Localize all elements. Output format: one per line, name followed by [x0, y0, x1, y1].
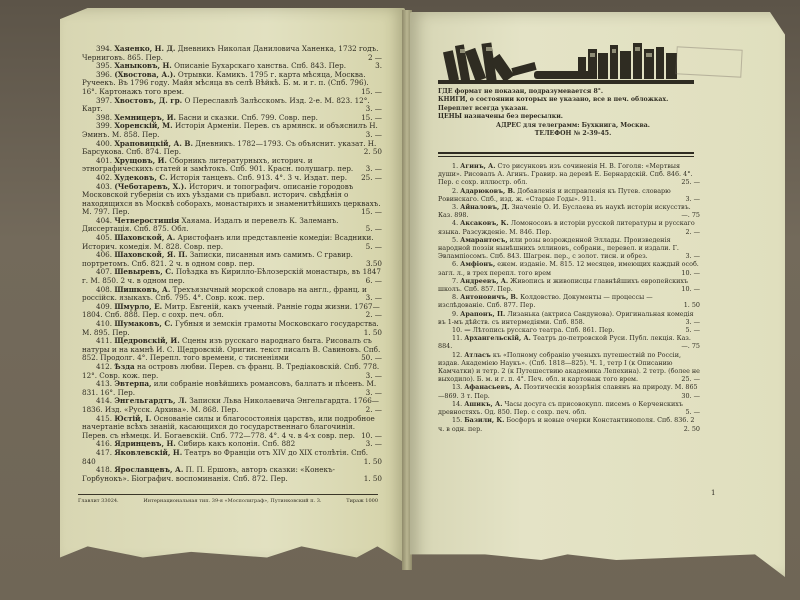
entry-number: 14. — [438, 400, 462, 408]
catalog-entry: 3. Айналовъ, Д. Значенiе О. И. Буслаева … — [438, 203, 700, 219]
entry-number: 3. — [438, 203, 458, 211]
right-page: ГДЕ формат не показан, подразумевается 8… — [410, 12, 785, 577]
entry-number: 12. — [438, 351, 462, 359]
entry-price: 25. — — [681, 178, 700, 186]
catalog-entry: 7. Андреевъ, А. Живопись и живописцы гла… — [438, 277, 700, 293]
entry-price: 3. — — [685, 252, 700, 260]
catalog-entry: 405. Шаховской, А. Аристофанъ или предст… — [82, 234, 382, 251]
entry-author: Айналовъ, Д. — [460, 203, 509, 211]
catalog-entry: 9. Арапонъ, П. Лизанька (актриса Сандуно… — [438, 310, 700, 326]
catalog-entry: 10. — Лѣтопись русскаго театра. Спб. 861… — [438, 326, 700, 334]
library-stamp — [675, 46, 742, 77]
entry-title: Лѣтопись русскаго театра. Спб. 861. Пер. — [473, 326, 615, 334]
catalog-entry: 406. Шаховской, Я. П. Записки, писанныя … — [82, 251, 382, 268]
double-rule — [438, 152, 694, 157]
catalog-entry: 4. Аксаковъ, К. Ломоносовъ в исторiи рус… — [438, 219, 700, 235]
left-page: 394. Хаяенко, Н. Д. Дневникъ Николая Дан… — [60, 8, 405, 563]
entry-price: —. 75 — [681, 211, 700, 219]
catalog-entry: 15. Базили, К. Босфоръ и новые очерки Ко… — [438, 416, 700, 432]
entry-price: 5. — — [685, 408, 700, 416]
entry-price: 25. — — [361, 174, 382, 183]
note-prices: ЦЕНЫ назначены без пересылки. — [438, 113, 708, 121]
entry-author: Арапонъ, П. — [460, 310, 505, 318]
note-binding: Переплет всегда указан. — [438, 105, 708, 113]
entry-number: 6. — [438, 260, 458, 268]
catalog-entry: 411. Щедровскiй, И. Сцены изъ русскаго н… — [82, 337, 382, 363]
entry-price: 15. — — [361, 208, 382, 217]
entry-author: Андреевъ, А. — [460, 277, 508, 285]
right-entries: 1. Агинъ, А. Сто рисунковъ изъ сочиненiя… — [438, 162, 700, 433]
entry-author: Архангельскiй, А. — [464, 334, 531, 342]
catalog-entry: 397. Хвостовъ, Д. гр. О Переславлѣ Залѣс… — [82, 97, 382, 114]
catalog-entry: 409. Шмурло, Е. Митр. Евгенiй, какъ учен… — [82, 303, 382, 320]
telegram-address: АДРЕС для телеграмм: Бухкнига, Москва. — [438, 122, 708, 130]
catalog-entry: 408. Шишковъ, А. Трехъязычный морской сл… — [82, 286, 382, 303]
entry-author: — — [464, 326, 470, 334]
entry-price: 2. — — [685, 228, 700, 236]
entry-price: 3. — — [685, 318, 700, 326]
catalog-entry: 410. Шумаковъ, С. Губныя и земскiя грамо… — [82, 320, 382, 337]
catalog-entry: 396. (Хвостова, А.). Отрывки. Камикъ. 17… — [82, 71, 382, 97]
catalog-entry: 14. Ашикъ, А. Часы досуга съ присовокупл… — [438, 400, 700, 416]
entry-price: 30. — — [681, 392, 700, 400]
entry-price: 3. — [375, 62, 382, 71]
entry-author: Антоновичъ, В. — [460, 293, 518, 301]
entry-author: Амфiонъ, — [460, 260, 495, 268]
catalog-entry: 11. Архангельскiй, А. Театръ до-петровск… — [438, 334, 700, 350]
entry-price: 1. 50 — [364, 458, 382, 467]
entry-author: Ашикъ, А. — [464, 400, 502, 408]
catalog-entry: 6. Амфiонъ, ежем. изданiе. М. 815. 12 ме… — [438, 260, 700, 276]
entry-author: Аксаковъ, К. — [460, 219, 509, 227]
entry-author: Амарантосъ, — [460, 236, 507, 244]
header-rule — [438, 82, 694, 84]
entry-number: 11. — [438, 334, 462, 342]
entry-price: 2. 50 — [684, 425, 700, 433]
entry-author: Афанасьевъ, А. — [464, 383, 521, 391]
catalog-entry: 399. Хоренскiй, М. Исторiя Арменiи. Пере… — [82, 122, 382, 139]
catalog-entry: 5. Амарантосъ, или розы возрожденной Элл… — [438, 236, 700, 261]
entry-price: 6. — — [366, 277, 382, 286]
entry-number: 7. — [438, 277, 458, 285]
imprint-right: Тираж 1000 — [346, 498, 378, 504]
entry-number: 13. — [438, 383, 462, 391]
catalog-entry: 394. Хаяенко, Н. Д. Дневникъ Николая Дан… — [82, 45, 382, 62]
bookshelf-illustration-icon — [438, 39, 694, 83]
entry-number: 8. — [438, 293, 458, 301]
entry-number: 402. — [82, 173, 112, 182]
imprint-center: Интернациональная тип. 39-я «Мосполиграф… — [143, 498, 321, 504]
entry-author: Агинъ, А. — [460, 162, 495, 170]
catalog-entry: 12. Атласъ къ «Полному собранiю ученыхъ … — [438, 351, 700, 384]
entry-price: 3. — — [366, 440, 382, 449]
catalog-entry: 403. (Чеботаревъ, Х.). Историч. и топогр… — [82, 183, 382, 217]
imprint-left: Главлит 33024. — [78, 498, 119, 504]
entry-price: 3. — — [685, 195, 700, 203]
entry-price: 5. — — [685, 326, 700, 334]
entry-price: —. 75 — [681, 342, 700, 350]
note-format: ГДЕ формат не показан, подразумевается 8… — [438, 88, 708, 96]
entry-author: Яковлевскiй, Н. — [114, 448, 182, 457]
entry-number: 10. — [438, 326, 462, 334]
entry-price: 25. — — [681, 375, 700, 383]
catalog-entry: 404. Четверостишiя Хаяама. Издалъ и пере… — [82, 217, 382, 234]
page-number: 1 — [711, 489, 715, 497]
entry-price: 1. 50 — [364, 475, 382, 484]
catalog-entry: 2. Адарюковъ, В. Добавленiя и исправленi… — [438, 187, 700, 203]
catalog-entry: 1. Агинъ, А. Сто рисунковъ изъ сочиненiя… — [438, 162, 700, 187]
catalog-entry: 414. Энгельгардтъ, Л. Записки Льва Никол… — [82, 397, 382, 414]
catalog-entry: 400. Храповицкiй, А. В. Дневникъ. 1782—1… — [82, 140, 382, 157]
entry-price: 10. — — [681, 269, 700, 277]
catalog-entry: 13. Афанасьевъ, А. Поэтическiя воззрѣнiя… — [438, 383, 700, 399]
entry-author: Базили, К. — [464, 416, 504, 424]
entry-number: 15. — [438, 416, 462, 424]
catalog-header-notes: ГДЕ формат не показан, подразумевается 8… — [438, 88, 708, 138]
entry-number: 5. — [438, 236, 458, 244]
catalog-entry: 401. Хрущовъ, И. Сборникъ литературныхъ,… — [82, 157, 382, 174]
phone-number: ТЕЛЕФОН № 2-39-45. — [438, 130, 708, 138]
left-entries: 394. Хаяенко, Н. Д. Дневникъ Николая Дан… — [82, 45, 382, 483]
entry-price: 5. — — [366, 243, 382, 252]
catalog-entry: 407. Шевыревъ, С. Поѣздка въ Кирилло-Бѣл… — [82, 268, 382, 285]
catalog-entry: 415. Юстiй, I. Основанiе силы и благосос… — [82, 415, 382, 441]
entry-number: 1. — [438, 162, 458, 170]
entry-author: Атласъ — [464, 351, 491, 359]
catalog-entry: 413. Эвтерпа, или собранiе новѣйшихъ ром… — [82, 380, 382, 397]
catalog-entry: 412. Ѣзда на островъ любви. Перев. съ фр… — [82, 363, 382, 380]
note-condition: КНИГИ, о состоянии которых не указано, в… — [438, 96, 708, 104]
entry-author: Адарюковъ, В. — [460, 187, 515, 195]
entry-price: 2. 50 — [364, 148, 382, 157]
catalog-entry: 418. Ярославцевъ, А. П. П. Ершовъ, автор… — [82, 466, 382, 483]
catalog-entry: 417. Яковлевскiй, Н. Театръ во Францiи о… — [82, 449, 382, 466]
entry-number: 416. — [82, 439, 112, 448]
entry-number: 4. — [438, 219, 458, 227]
entry-price: 10. — — [681, 285, 700, 293]
catalog-entry: 8. Антоновичъ, В. Колдовство. Документы … — [438, 293, 700, 309]
entry-price: 1. 50 — [684, 301, 700, 309]
entry-number: 395. — [82, 61, 112, 70]
imprint-footer: Главлит 33024. Интернациональная тип. 39… — [78, 494, 378, 504]
entry-number: 9. — [438, 310, 458, 318]
entry-number: 2. — [438, 187, 458, 195]
entry-author: Хвостовъ, Д. гр. — [114, 96, 182, 105]
